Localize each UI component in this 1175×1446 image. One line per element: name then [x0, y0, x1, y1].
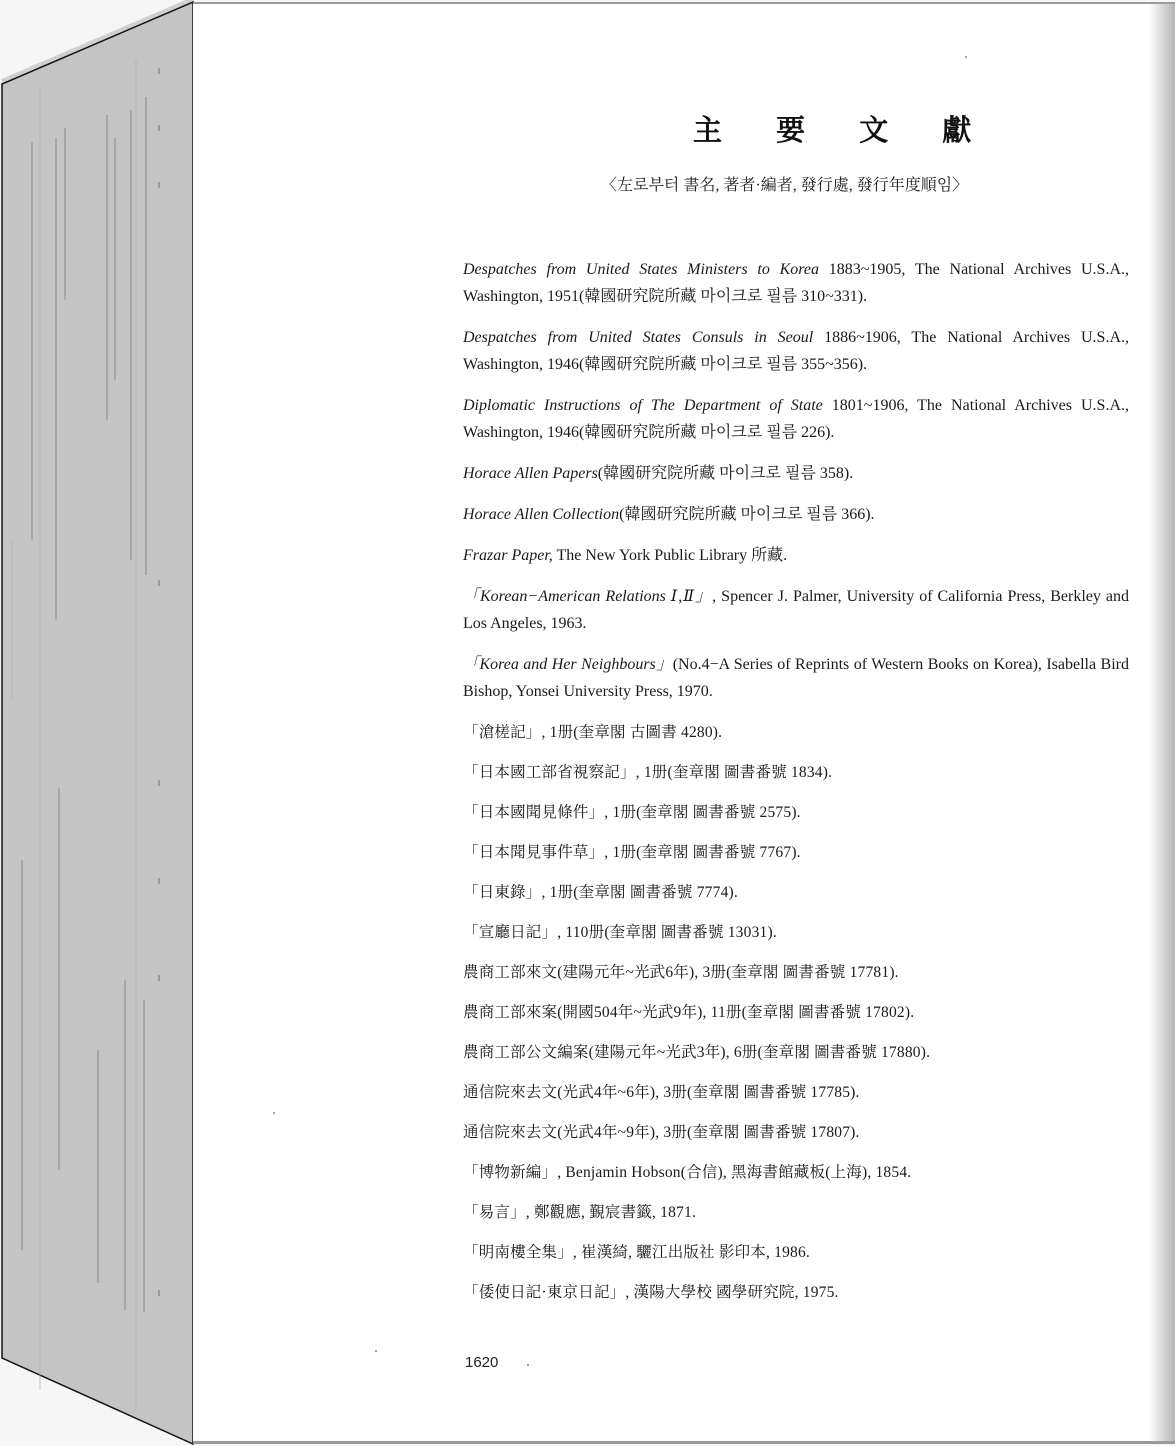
reference-entry: Diplomatic Instructions of The Departmen…	[463, 392, 1129, 446]
reference-details: 「滄槎記」, 1册(奎章閣 古圖書 4280).	[463, 724, 722, 741]
page-title: 主 要 文 獻	[693, 108, 1113, 149]
reference-title: 「Korean−American Relations Ⅰ,Ⅱ」	[463, 588, 712, 605]
reference-details: 「宣廳日記」, 110册(奎章閣 圖書番號 13031).	[463, 924, 777, 941]
reference-entry: 「日本國聞見條件」, 1册(奎章閣 圖書番號 2575).	[463, 799, 1129, 826]
paper-speck	[273, 1112, 275, 1114]
reference-details: 「倭使日記·東京日記」, 漢陽大學校 國學研究院, 1975.	[463, 1284, 839, 1301]
reference-entry: 「日東錄」, 1册(奎章閣 圖書番號 7774).	[463, 879, 1129, 906]
reference-details: 「博物新編」, Benjamin Hobson(合信), 黑海書館藏板(上海),…	[463, 1164, 911, 1181]
reference-details: 「易言」, 鄭觀應, 覲宸書籤, 1871.	[463, 1204, 696, 1221]
reference-title: Despatches from United States Ministers …	[463, 261, 819, 278]
reference-entry: 「倭使日記·東京日記」, 漢陽大學校 國學研究院, 1975.	[463, 1279, 1129, 1306]
reference-details: 通信院來去文(光武4年~9年), 3册(奎章閣 圖書番號 17807).	[463, 1124, 860, 1141]
reference-list: Despatches from United States Ministers …	[463, 256, 1129, 1319]
reference-details: 農商工部來文(建陽元年~光武6年), 3册(奎章閣 圖書番號 17781).	[463, 964, 899, 981]
reference-title: Diplomatic Instructions of The Departmen…	[463, 397, 823, 414]
page-gutter-shadow	[1149, 4, 1175, 1441]
reference-entry: 「日本國工部省視察記」, 1册(奎章閣 圖書番號 1834).	[463, 759, 1129, 786]
reference-entry: 通信院來去文(光武4年~9年), 3册(奎章閣 圖書番號 17807).	[463, 1119, 1129, 1146]
reference-details: 農商工部公文編案(建陽元年~光武3年), 6册(奎章閣 圖書番號 17880).	[463, 1044, 930, 1061]
reference-entry: 「Korea and Her Neighbours」(No.4−A Series…	[463, 651, 1129, 705]
reference-entry: 「宣廳日記」, 110册(奎章閣 圖書番號 13031).	[463, 919, 1129, 946]
reference-entry: 「滄槎記」, 1册(奎章閣 古圖書 4280).	[463, 719, 1129, 746]
reference-entry: Horace Allen Papers(韓國研究院所藏 마이크로 필름 358)…	[463, 460, 1129, 487]
reference-title: Frazar Paper,	[463, 547, 553, 564]
reference-details: (韓國研究院所藏 마이크로 필름 358).	[598, 465, 853, 482]
book-page-edges	[0, 0, 194, 1446]
reference-entry: Frazar Paper, The New York Public Librar…	[463, 542, 1129, 569]
reference-details: 「日本國聞見條件」, 1册(奎章閣 圖書番號 2575).	[463, 804, 801, 821]
page-subtitle: 〈左로부터 書名, 著者·編者, 發行處, 發行年度順임〉	[601, 172, 968, 195]
paper-speck	[527, 1364, 529, 1366]
page-number: 1620	[465, 1354, 498, 1371]
reference-title: 「Korea and Her Neighbours」	[463, 656, 673, 673]
reference-details: The New York Public Library 所藏.	[553, 547, 787, 564]
reference-details: 通信院來去文(光武4年~6年), 3册(奎章閣 圖書番號 17785).	[463, 1084, 860, 1101]
reference-details: 農商工部來案(開國504年~光武9年), 11册(奎章閣 圖書番號 17802)…	[463, 1004, 914, 1021]
reference-entry: 農商工部公文編案(建陽元年~光武3年), 6册(奎章閣 圖書番號 17880).	[463, 1039, 1129, 1066]
reference-entry: 「博物新編」, Benjamin Hobson(合信), 黑海書館藏板(上海),…	[463, 1159, 1129, 1186]
reference-entry: 「Korean−American Relations Ⅰ,Ⅱ」, Spencer…	[463, 583, 1129, 637]
reference-entry: 「明南樓全集」, 崔漢綺, 驪江出版社 影印本, 1986.	[463, 1239, 1129, 1266]
reference-details: 「日本國工部省視察記」, 1册(奎章閣 圖書番號 1834).	[463, 764, 832, 781]
reference-details: 「日東錄」, 1册(奎章閣 圖書番號 7774).	[463, 884, 738, 901]
reference-entry: Despatches from United States Ministers …	[463, 256, 1129, 310]
document-page: 主 要 文 獻 〈左로부터 書名, 著者·編者, 發行處, 發行年度順임〉 De…	[193, 2, 1175, 1444]
reference-title: Despatches from United States Consuls in…	[463, 329, 813, 346]
paper-speck	[965, 56, 967, 58]
reference-details: (韓國研究院所藏 마이크로 필름 366).	[619, 506, 874, 523]
reference-entry: 「日本聞見事件草」, 1册(奎章閣 圖書番號 7767).	[463, 839, 1129, 866]
reference-entry: Horace Allen Collection(韓國研究院所藏 마이크로 필름 …	[463, 501, 1129, 528]
reference-details: 「明南樓全集」, 崔漢綺, 驪江出版社 影印本, 1986.	[463, 1244, 810, 1261]
reference-entry: 農商工部來案(開國504年~光武9年), 11册(奎章閣 圖書番號 17802)…	[463, 999, 1129, 1026]
reference-title: Horace Allen Collection	[463, 506, 619, 523]
reference-entry: Despatches from United States Consuls in…	[463, 324, 1129, 378]
paper-speck	[375, 1350, 377, 1352]
reference-title: Horace Allen Papers	[463, 465, 598, 482]
reference-details: 「日本聞見事件草」, 1册(奎章閣 圖書番號 7767).	[463, 844, 801, 861]
reference-entry: 通信院來去文(光武4年~6年), 3册(奎章閣 圖書番號 17785).	[463, 1079, 1129, 1106]
reference-entry: 農商工部來文(建陽元年~光武6年), 3册(奎章閣 圖書番號 17781).	[463, 959, 1129, 986]
reference-entry: 「易言」, 鄭觀應, 覲宸書籤, 1871.	[463, 1199, 1129, 1226]
